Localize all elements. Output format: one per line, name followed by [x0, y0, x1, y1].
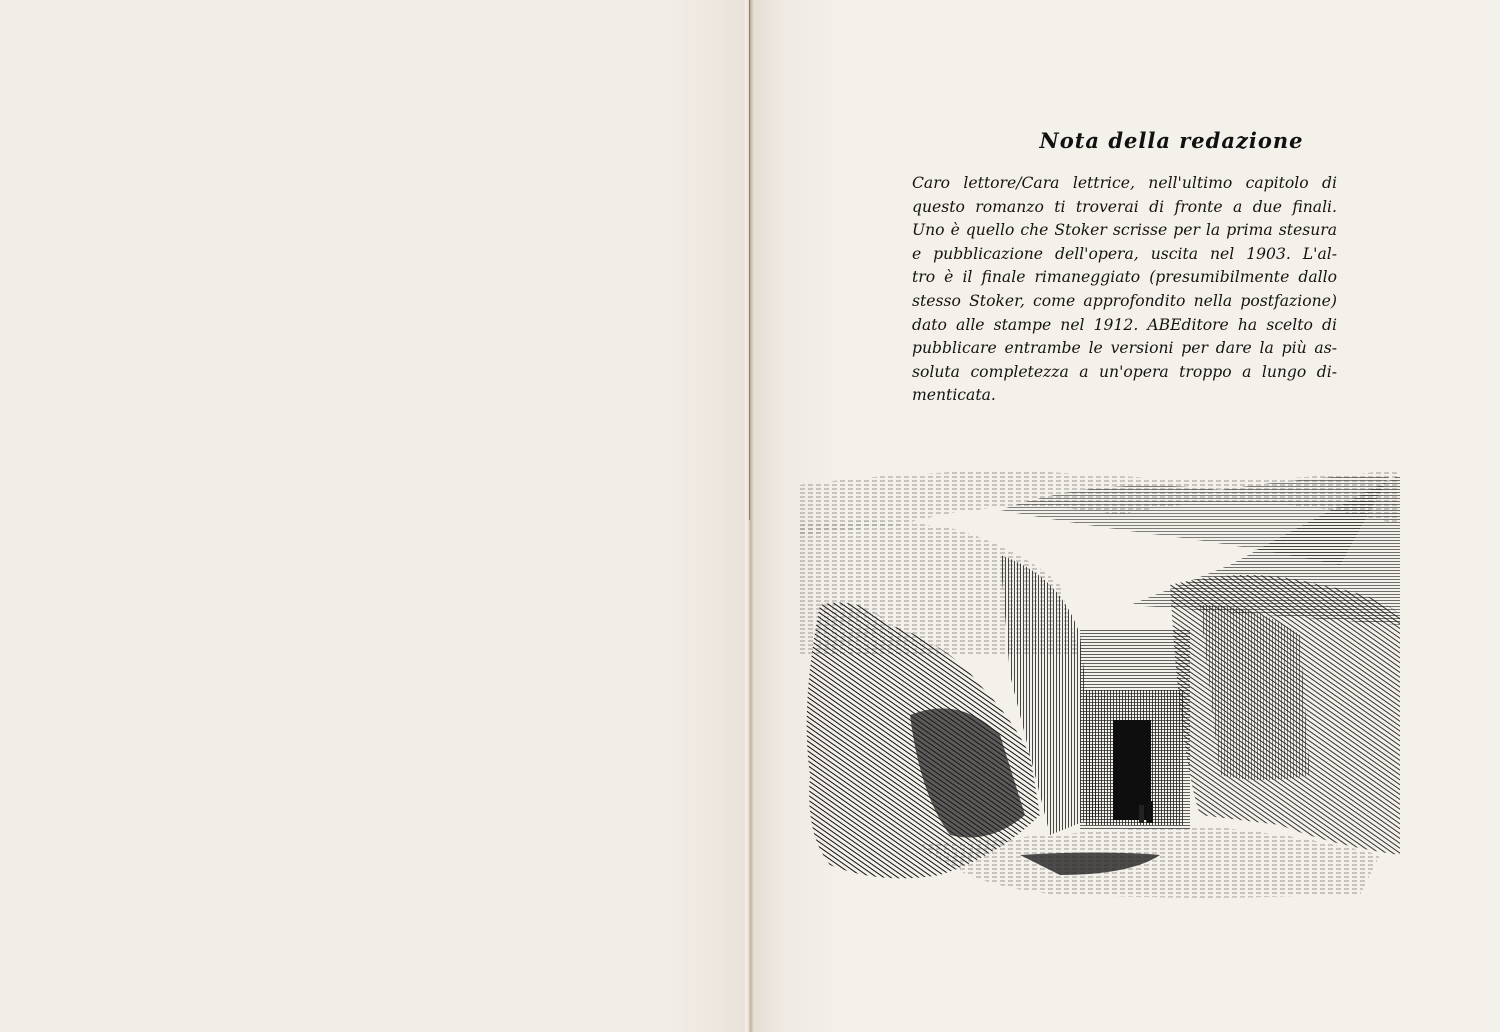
spine-crease [749, 0, 750, 520]
editorial-note-text: Caro lettore/Cara lettrice, nell'ultimo … [912, 172, 1337, 408]
book-spread: Nota della redazione Caro lettore/Cara l… [0, 0, 1500, 1032]
page-heading: Nota della redazione [755, 128, 1500, 153]
text-line: questo romanzo ti troverai di fronte a d… [912, 196, 1337, 220]
text-line: dato alle stampe nel 1912. ABEditore ha … [912, 314, 1337, 338]
text-line: Caro lettore/Cara lettrice, nell'ultimo … [912, 172, 1337, 196]
text-line: e pubblicazione dell'opera, uscita nel 1… [912, 243, 1337, 267]
text-line: tro è il finale rimaneggiato (presumibil… [912, 266, 1337, 290]
text-line: Uno è quello che Stoker scrisse per la p… [912, 219, 1337, 243]
text-line: stesso Stoker, come approfondito nella p… [912, 290, 1337, 314]
text-line: menticata. [912, 384, 1337, 408]
left-page-blank [0, 0, 745, 1032]
engraving-image [800, 455, 1400, 905]
text-line: soluta completezza a un'opera troppo a l… [912, 361, 1337, 385]
text-line: pubblicare entrambe le versioni per dare… [912, 337, 1337, 361]
book-spine [745, 0, 755, 1032]
tomb-engraving-illustration [800, 455, 1400, 905]
